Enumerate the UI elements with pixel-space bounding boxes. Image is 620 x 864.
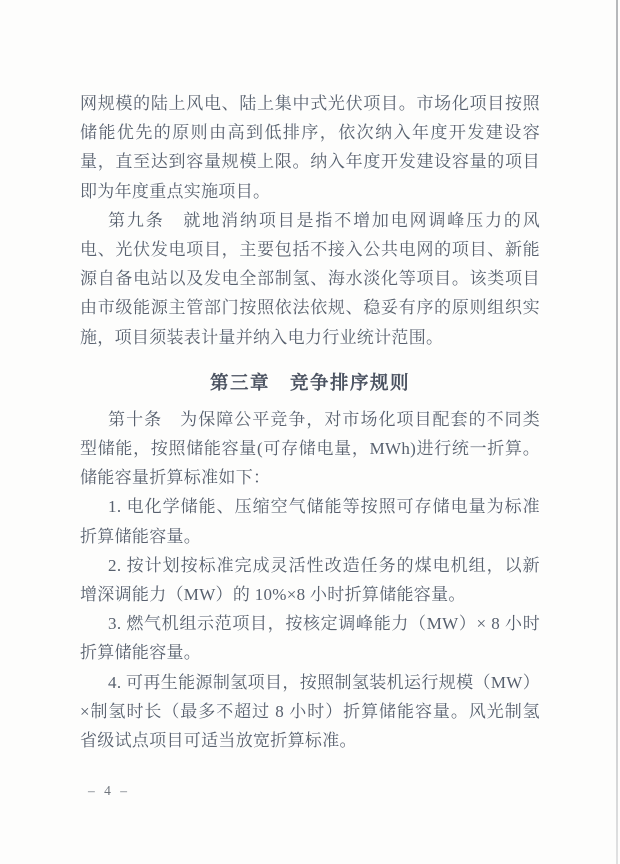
paragraph-article-10: 第十条 为保障公平竞争，对市场化项目配套的不同类型储能，按照储能容量(可存储电量… bbox=[80, 405, 540, 493]
scan-edge-line bbox=[616, 0, 618, 864]
page-number: – 4 – bbox=[88, 783, 130, 799]
list-item-1: 1. 电化学储能、压缩空气储能等按照可存储电量为标准折算储能容量。 bbox=[80, 492, 540, 550]
document-body: 网规模的陆上风电、陆上集中式光伏项目。市场化项目按照储能优先的原则由高到低排序，… bbox=[80, 89, 540, 755]
list-item-3: 3. 燃气机组示范项目，按核定调峰能力（MW）× 8 小时折算储能容量。 bbox=[80, 609, 540, 667]
scanned-document-page: 网规模的陆上风电、陆上集中式光伏项目。市场化项目按照储能优先的原则由高到低排序，… bbox=[0, 0, 620, 864]
paragraph-continuation: 网规模的陆上风电、陆上集中式光伏项目。市场化项目按照储能优先的原则由高到低排序，… bbox=[80, 89, 540, 206]
paragraph-article-9: 第九条 就地消纳项目是指不增加电网调峰压力的风电、光伏发电项目，主要包括不接入公… bbox=[80, 206, 540, 352]
chapter-heading: 第三章 竞争排序规则 bbox=[80, 369, 540, 399]
list-item-2: 2. 按计划按标准完成灵活性改造任务的煤电机组，以新增深调能力（MW）的 10%… bbox=[80, 551, 540, 609]
list-item-4: 4. 可再生能源制氢项目，按照制氢装机运行规模（MW）×制氢时长（最多不超过 8… bbox=[80, 668, 540, 756]
